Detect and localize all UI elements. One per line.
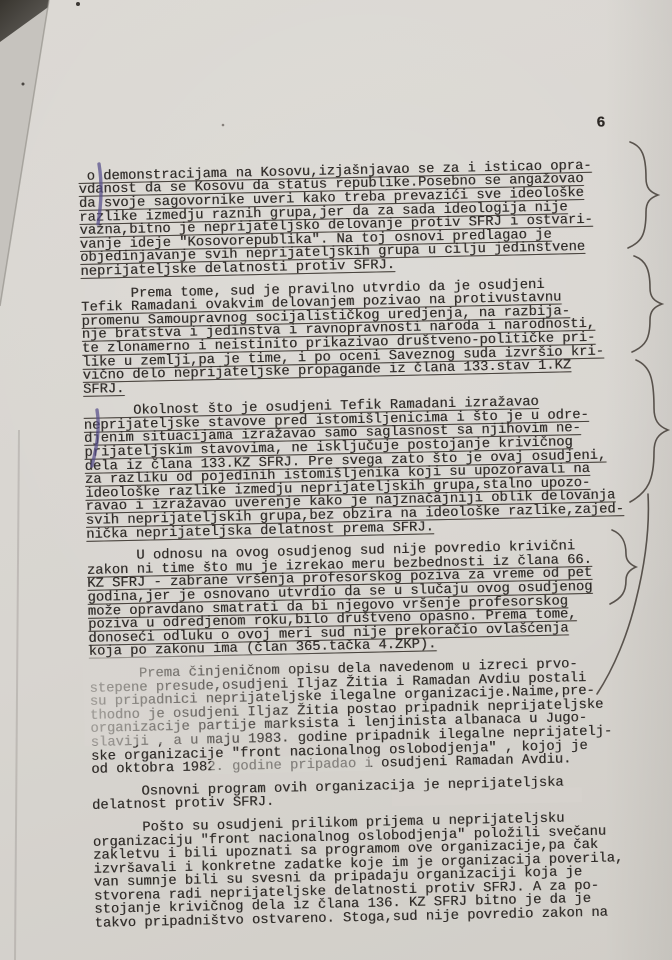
photo-of-document: 6 o demonstracijama na Kosovu,izjašnjava… <box>0 0 672 960</box>
paragraph: Prema tome, sud je pravilno utvrdio da j… <box>81 276 651 397</box>
paragraph: Prema činjeničnom opisu dela navedenom u… <box>89 656 659 777</box>
paragraph: Pošto su osudjeni prilikom prijema u nep… <box>92 810 662 931</box>
paragraph: U odnosu na ovog osudjenog sud nije povr… <box>87 539 657 660</box>
dust-speck <box>22 83 25 86</box>
paragraph: Osnovni program ovih organizacija je nep… <box>92 774 660 814</box>
paragraph: Okolnost što je osudjeni Tefik Ramadani … <box>83 394 654 542</box>
document-page: 6 o demonstracijama na Kosovu,izjašnjava… <box>77 118 662 910</box>
page-number: 6 <box>596 116 605 130</box>
document-body: o demonstracijama na Kosovu,izjašnjavao … <box>78 158 662 931</box>
paragraph: o demonstracijama na Kosovu,izjašnjavao … <box>78 158 648 279</box>
